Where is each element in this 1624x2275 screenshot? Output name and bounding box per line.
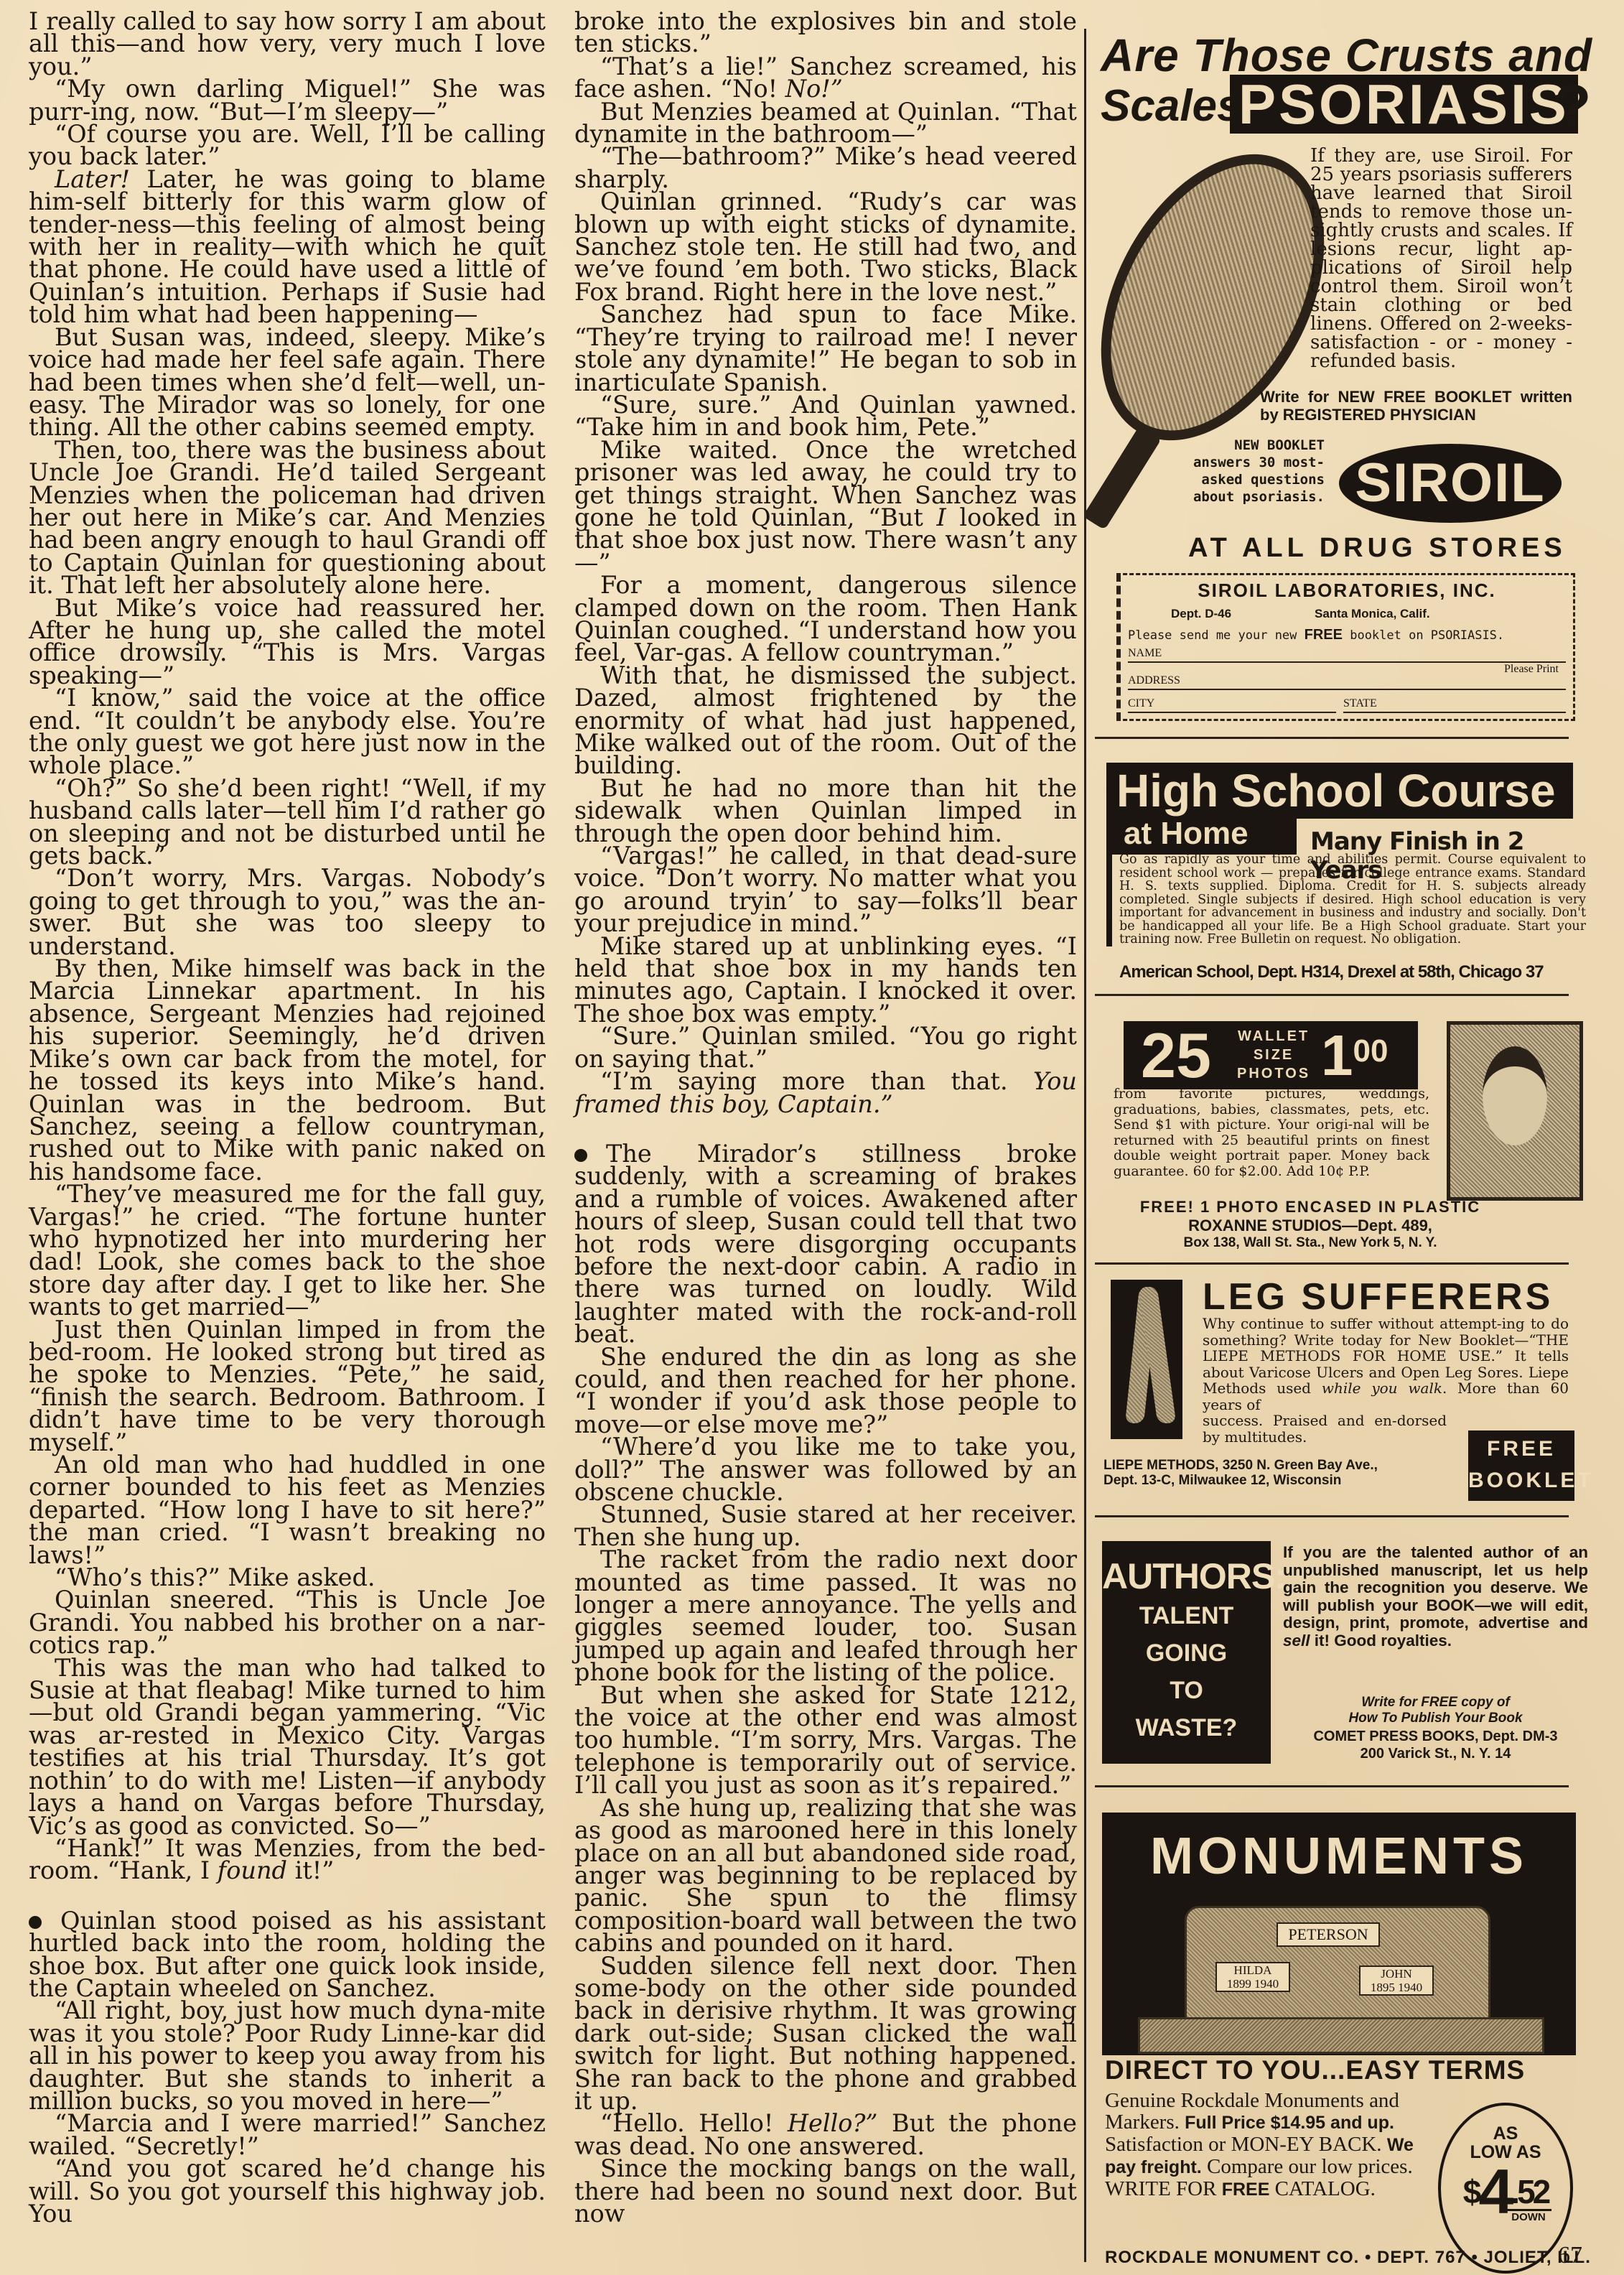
story-paragraph: By then, Mike himself was back in the Ma…: [29, 957, 546, 1183]
comet-address: 200 Varick St., N. Y. 14: [1283, 1745, 1588, 1762]
story-paragraph: I really called to say how sorry I am ab…: [29, 10, 546, 78]
write-line-1: Write for FREE copy of: [1283, 1695, 1588, 1711]
bullet-icon: [29, 1916, 42, 1929]
authors-body: If you are the talented author of an unp…: [1283, 1544, 1588, 1650]
coupon-dept: Dept. D-46: [1171, 607, 1231, 621]
story-paragraph: She endured the din as long as she could…: [574, 1346, 1077, 1436]
siroil-headline-scales: Scales: [1101, 80, 1242, 131]
story-paragraph: “Where’d you like me to take you, doll?”…: [574, 1436, 1077, 1503]
coupon-address-field[interactable]: ADDRESS: [1128, 674, 1566, 690]
leg-title: LEG SUFFERERS: [1203, 1275, 1553, 1318]
story-paragraph: “That’s a lie!” Sanchez screamed, his fa…: [574, 55, 1077, 101]
leg-address: LIEPE METHODS, 3250 N. Green Bay Ave.,De…: [1103, 1458, 1378, 1488]
headstone-icon: PETERSON HILDA1899 1940 JOHN1895 1940: [1185, 1906, 1490, 2025]
monuments-illustration: MONUMENTS PETERSON HILDA1899 1940 JOHN18…: [1102, 1813, 1576, 2055]
question-mark: ?: [1554, 72, 1591, 141]
story-paragraph: “All right, boy, just how much dyna-mite…: [29, 1999, 546, 2112]
wallet-photos-body: from favorite pictures, weddings, gradua…: [1114, 1087, 1429, 1179]
hs-subtitle: at Home: [1124, 816, 1249, 852]
portrait-face-icon: [1483, 1046, 1547, 1145]
request-pre: Please send me your new: [1128, 628, 1305, 643]
oval-price-main: 4: [1478, 2156, 1511, 2227]
story-paragraph: “Sure, sure.” And Quinlan yawned. “Take …: [574, 394, 1077, 439]
oval-down: DOWN: [1506, 2209, 1551, 2223]
magazine-page: I really called to say how sorry I am ab…: [0, 0, 1624, 2275]
authors-body-end: it! Good royalties.: [1310, 1632, 1452, 1650]
mid-line: WALLET: [1237, 1027, 1310, 1046]
coupon-state-field[interactable]: STATE: [1343, 697, 1566, 713]
story-paragraph: But Mike’s voice had reassured her. Afte…: [29, 597, 546, 687]
psoriasis-banner: PSORIASIS: [1230, 75, 1578, 134]
stone-left-plate: HILDA1899 1940: [1215, 1962, 1290, 1992]
story-paragraph: Sudden silence fell next door. Then some…: [574, 1955, 1077, 2113]
mb-2: Satisfaction or MON-EY BACK.: [1105, 2133, 1387, 2156]
mid-line: SIZE: [1237, 1046, 1310, 1064]
ad-separator: [1095, 994, 1569, 996]
free-booklet-badge: FREEBOOKLET: [1468, 1430, 1574, 1501]
page-number: 67: [1558, 2242, 1582, 2269]
wallet-size-photos: WALLET SIZE PHOTOS: [1237, 1027, 1310, 1083]
authors-line: WASTE?: [1102, 1709, 1271, 1746]
story-paragraph: Mike waited. Once the wretched prisoner …: [574, 439, 1077, 574]
leg-body-italic: while you walk: [1322, 1380, 1442, 1397]
badge-free: FREE: [1468, 1433, 1574, 1465]
oval-cents: .52: [1511, 2173, 1548, 2210]
story-paragraph: broke into the explosives bin and stole …: [574, 10, 1077, 55]
story-column-2: broke into the explosives bin and stole …: [574, 10, 1077, 2225]
price-dollars: 1: [1321, 1023, 1353, 1087]
ad-separator: [1095, 1785, 1569, 1787]
story-paragraph: With that, he dismissed the subject. Daz…: [574, 664, 1077, 777]
wallet-address: Box 138, Wall St. Sta., New York 5, N. Y…: [1109, 1235, 1511, 1251]
story-paragraph: Sanchez had spun to face Mike. “They’re …: [574, 303, 1077, 394]
stone-family-name: PETERSON: [1277, 1922, 1380, 1947]
siroil-logo: SIROIL: [1339, 444, 1562, 523]
mb-4: CATALOG.: [1269, 2177, 1376, 2200]
story-paragraph: “Don’t worry, Mrs. Vargas. Nobody’s goin…: [29, 867, 546, 957]
siroil-write-line: Write for NEW FREE BOOKLET written by RE…: [1260, 388, 1572, 424]
story-paragraph: “My own darling Miguel!” She was purr-in…: [29, 78, 546, 123]
mb-b3: FREE: [1222, 2179, 1270, 2200]
siroil-stores: AT ALL DRUG STORES: [1188, 533, 1567, 564]
story-paragraph: An old man who had huddled in one corner…: [29, 1453, 546, 1566]
legs-illustration: [1111, 1280, 1182, 1439]
request-post: booklet on PSORIASIS.: [1343, 628, 1504, 643]
story-column-1: I really called to say how sorry I am ab…: [29, 10, 546, 2225]
story-paragraph: Since the mocking bangs on the wall, the…: [574, 2157, 1077, 2225]
hs-body: Go as rapidly as your time and abilities…: [1106, 853, 1586, 946]
right-years: 1895 1940: [1361, 1981, 1432, 1994]
story-paragraph: This was the man who had talked to Susie…: [29, 1657, 546, 1837]
authors-line: TALENT: [1102, 1597, 1271, 1634]
request-free: FREE: [1305, 627, 1343, 643]
story-paragraph: “I’m saying more than that. You framed t…: [574, 1070, 1077, 1115]
siroil-coupon[interactable]: SIROIL LABORATORIES, INC. Dept. D-46 San…: [1116, 573, 1575, 721]
coupon-company: SIROIL LABORATORIES, INC.: [1121, 580, 1573, 602]
story-paragraph: “Hello. Hello! Hello?” But the phone was…: [574, 2112, 1077, 2157]
ad-separator: [1095, 1515, 1569, 1517]
authors-line: TO: [1102, 1672, 1271, 1709]
story-paragraph: For a moment, dangerous silence clamped …: [574, 574, 1077, 664]
stone-right-plate: JOHN1895 1940: [1359, 1965, 1434, 1996]
mid-line: PHOTOS: [1237, 1064, 1310, 1083]
story-paragraph: “And you got scared he’d change his will…: [29, 2157, 546, 2225]
section-break-paragraph: The Mirador’s stillness broke suddenly, …: [574, 1143, 1077, 1346]
comet-name: COMET PRESS BOOKS, Dept. DM-3: [1283, 1728, 1588, 1745]
story-paragraph: Mike stared up at unblinking eyes. “I he…: [574, 935, 1077, 1025]
story-paragraph: But Menzies beamed at Quinlan. “That dyn…: [574, 101, 1077, 146]
ad-separator: [1095, 1262, 1569, 1265]
coupon-request: Please send me your new FREE booklet on …: [1128, 627, 1504, 643]
hs-address: American School, Dept. H314, Drexel at 5…: [1119, 962, 1544, 982]
coupon-city-field[interactable]: CITY: [1128, 697, 1336, 713]
authors-company: COMET PRESS BOOKS, Dept. DM-3200 Varick …: [1283, 1728, 1588, 1762]
authors-box: AUTHORS: TALENT GOING TO WASTE?: [1102, 1541, 1271, 1764]
story-paragraph: “Vargas!” he called, in that dead-sure v…: [574, 845, 1077, 935]
badge-booklet: BOOKLET: [1468, 1465, 1574, 1497]
story-paragraph: Quinlan sneered. “This is Uncle Joe Gran…: [29, 1588, 546, 1656]
story-paragraph: But he had no more than hit the sidewalk…: [574, 777, 1077, 845]
authors-title: AUTHORS:: [1102, 1555, 1271, 1597]
story-paragraph: “Of course you are. Well, I’ll be callin…: [29, 123, 546, 168]
story-paragraph: The racket from the radio next door moun…: [574, 1548, 1077, 1683]
right-name: JOHN: [1361, 1967, 1432, 1981]
story-paragraph: Quinlan grinned. “Rudy’s car was blown u…: [574, 190, 1077, 303]
story-paragraph: “They’ve measured me for the fall guy, V…: [29, 1183, 546, 1318]
authors-body-text: If you are the talented author of an unp…: [1283, 1543, 1588, 1632]
ads-column: Are Those Crusts and Scales PSORIASIS ? …: [1095, 0, 1597, 2275]
wallet-free-offer: FREE! 1 PHOTO ENCASED IN PLASTIC: [1109, 1198, 1511, 1216]
story-paragraph: But Susan was, indeed, sleepy. Mike’s vo…: [29, 326, 546, 439]
authors-line: GOING: [1102, 1634, 1271, 1672]
wallet-studio: ROXANNE STUDIOS—Dept. 489,: [1109, 1216, 1511, 1235]
wallet-photos-banner: 25 WALLET SIZE PHOTOS 100: [1124, 1021, 1418, 1089]
monuments-title: MONUMENTS: [1102, 1827, 1576, 1886]
ad-separator: [1095, 737, 1569, 739]
siroil-ad: Are Those Crusts and Scales PSORIASIS ? …: [1095, 0, 1576, 718]
story-paragraph: But when she asked for State 1212, the v…: [574, 1684, 1077, 1797]
story-paragraph: Later! Later, he was going to blame him-…: [29, 168, 546, 326]
story-paragraph: “Oh?” So she’d been right! “Well, if my …: [29, 777, 546, 867]
story-paragraph: “Marcia and I were married!” Sanchez wai…: [29, 2112, 546, 2157]
story-paragraph: Just then Quinlan limped in from the bed…: [29, 1318, 546, 1453]
story-paragraph: “Sure.” Quinlan smiled. “You go right on…: [574, 1025, 1077, 1070]
leg-address-2: Dept. 13-C, Milwaukee 12, Wisconsin: [1103, 1473, 1378, 1488]
story-paragraph: Stunned, Susie stared at her receiver. T…: [574, 1503, 1077, 1548]
portrait-photo: [1447, 1021, 1583, 1201]
hs-title: High School Course: [1116, 764, 1556, 817]
write-line-2: How To Publish Your Book: [1283, 1711, 1588, 1726]
oval-as-text: AS: [1441, 2124, 1570, 2143]
story-paragraph: Then, too, there was the business about …: [29, 439, 546, 597]
bullet-icon: [574, 1149, 587, 1162]
price-cents: 00: [1353, 1033, 1389, 1069]
authors-write: Write for FREE copy ofHow To Publish You…: [1283, 1695, 1588, 1726]
story-paragraph: “The—bathroom?” Mike’s head veered sharp…: [574, 145, 1077, 190]
story-paragraph: “I know,” said the voice at the office e…: [29, 687, 546, 777]
column-divider: [1084, 29, 1086, 2262]
monuments-address: ROCKDALE MONUMENT CO. • DEPT. 767 • JOLI…: [1105, 2248, 1591, 2268]
story-paragraph: “Hank!” It was Menzies, from the bed-roo…: [29, 1837, 546, 1882]
leg-body: Why continue to suffer without attempt-i…: [1203, 1316, 1569, 1445]
oval-dollar: $: [1463, 2173, 1479, 2210]
siroil-booklet-note: NEW BOOKLET answers 30 most-asked questi…: [1181, 437, 1325, 506]
left-name: HILDA: [1217, 1963, 1289, 1977]
mb-b1: Full Price $14.95 and up.: [1185, 2113, 1394, 2133]
headstone-base: [1138, 2017, 1544, 2054]
leg-body-tail: success. Praised and en-dorsed by multit…: [1203, 1413, 1447, 1445]
coupon-city: Santa Monica, Calif.: [1315, 607, 1430, 621]
section-break-paragraph: Quinlan stood poised as his assistant hu…: [29, 1909, 546, 2000]
monuments-body: Genuine Rockdale Monuments and Markers. …: [1105, 2090, 1432, 2200]
story-paragraph: As she hung up, realizing that she was a…: [574, 1797, 1077, 1955]
left-years: 1899 1940: [1217, 1977, 1289, 1991]
leg-address-1: LIEPE METHODS, 3250 N. Green Bay Ave.,: [1103, 1458, 1378, 1473]
magnifier-handle-icon: [1083, 425, 1162, 530]
photo-count: 25: [1141, 1021, 1211, 1089]
authors-body-italic: sell: [1283, 1632, 1310, 1650]
siroil-body: If they are, use Siroil. For 25 years ps…: [1310, 146, 1572, 371]
monuments-tagline: DIRECT TO YOU...EASY TERMS: [1105, 2055, 1525, 2085]
photo-price: 100: [1321, 1021, 1388, 1089]
coupon-name-field[interactable]: NAME: [1128, 647, 1566, 663]
